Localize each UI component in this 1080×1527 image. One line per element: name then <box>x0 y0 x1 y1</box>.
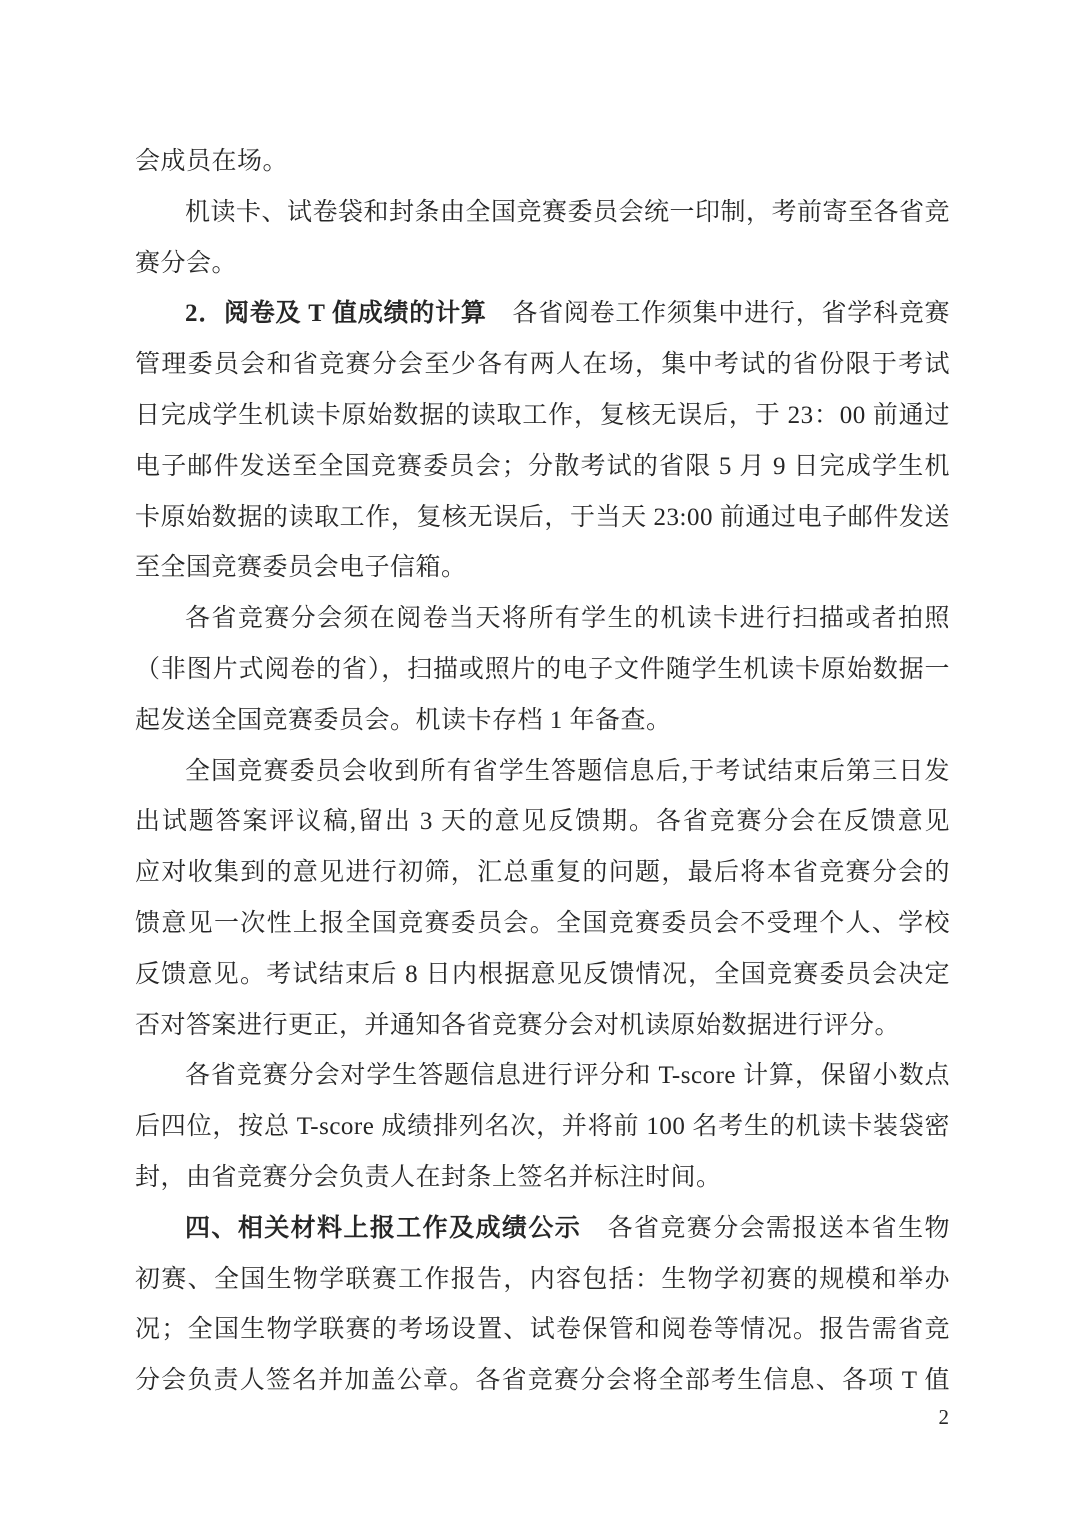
text-segment: 机读卡、试卷袋和封条由全国竞赛委员会统一印制，考前寄至各省竞 <box>185 199 950 226</box>
text-line: 2．阅卷及 T 值成绩的计算 各省阅卷工作须集中进行，省学科竞赛 <box>135 289 950 340</box>
text-segment: 况；全国生物学联赛的考场设置、试卷保管和阅卷等情况。报告需省竞赛 <box>135 1316 950 1356</box>
text-line: 各省竞赛分会须在阅卷当天将所有学生的机读卡进行扫描或者拍照 <box>135 594 950 645</box>
heading-segment: 2．阅卷及 T 值成绩的计算 <box>185 300 487 327</box>
text-line: 四、相关材料上报工作及成绩公示 各省竞赛分会需报送本省生物学 <box>135 1204 950 1255</box>
text-segment: 电子邮件发送至全国竞赛委员会；分散考试的省限 5 月 9 日完成学生机读 <box>135 453 950 493</box>
text-segment: 馈意见一次性上报全国竞赛委员会。全国竞赛委员会不受理个人、学校的 <box>135 910 950 950</box>
text-line: 后四位，按总 T-score 成绩排列名次，并将前 100 名考生的机读卡装袋密 <box>135 1102 950 1153</box>
page-number: 2 <box>939 1403 950 1431</box>
text-line: 出试题答案评议稿,留出 3 天的意见反馈期。各省竞赛分会在反馈意见时， <box>135 797 950 848</box>
text-line: 卡原始数据的读取工作，复核无误后，于当天 23:00 前通过电子邮件发送 <box>135 493 950 544</box>
text-segment: 反馈意见。考试结束后 8 日内根据意见反馈情况，全国竞赛委员会决定是 <box>135 961 950 1001</box>
text-segment: 全国竞赛委员会收到所有省学生答题信息后,于考试结束后第三日发 <box>185 758 950 785</box>
text-segment: 出试题答案评议稿,留出 3 天的意见反馈期。各省竞赛分会在反馈意见时， <box>135 808 950 848</box>
text-line: 会成员在场。 <box>135 137 950 188</box>
text-segment: 各省竞赛分会须在阅卷当天将所有学生的机读卡进行扫描或者拍照 <box>185 605 950 632</box>
text-segment: 起发送全国竞赛委员会。机读卡存档 1 年备查。 <box>135 707 672 734</box>
text-segment: 卡原始数据的读取工作，复核无误后，于当天 23:00 前通过电子邮件发送 <box>135 504 950 531</box>
text-segment: 后四位，按总 T-score 成绩排列名次，并将前 100 名考生的机读卡装袋密 <box>135 1113 950 1140</box>
heading-segment: 四、相关材料上报工作及成绩公示 <box>185 1215 581 1242</box>
text-line: 全国竞赛委员会收到所有省学生答题信息后,于考试结束后第三日发 <box>135 747 950 798</box>
text-line: 赛分会。 <box>135 239 950 290</box>
text-line: 应对收集到的意见进行初筛，汇总重复的问题，最后将本省竞赛分会的反 <box>135 848 950 899</box>
text-segment: 应对收集到的意见进行初筛，汇总重复的问题，最后将本省竞赛分会的反 <box>135 859 950 899</box>
text-segment: 初赛、全国生物学联赛工作报告，内容包括：生物学初赛的规模和举办情 <box>135 1266 950 1306</box>
text-segment: 各省竞赛分会对学生答题信息进行评分和 T-score 计算，保留小数点 <box>185 1062 950 1089</box>
text-line: 初赛、全国生物学联赛工作报告，内容包括：生物学初赛的规模和举办情 <box>135 1255 950 1306</box>
text-segment: （非图片式阅卷的省），扫描或照片的电子文件随学生机读卡原始数据一 <box>135 656 950 683</box>
text-line: 否对答案进行更正，并通知各省竞赛分会对机读原始数据进行评分。 <box>135 1001 950 1052</box>
text-line: 反馈意见。考试结束后 8 日内根据意见反馈情况，全国竞赛委员会决定是 <box>135 950 950 1001</box>
text-line: 管理委员会和省竞赛分会至少各有两人在场，集中考试的省份限于考试当 <box>135 340 950 391</box>
text-segment: 日完成学生机读卡原始数据的读取工作，复核无误后，于 23：00 前通过 <box>135 402 950 429</box>
document-body: 会成员在场。机读卡、试卷袋和封条由全国竞赛委员会统一印制，考前寄至各省竞赛分会。… <box>135 137 950 1407</box>
text-line: 馈意见一次性上报全国竞赛委员会。全国竞赛委员会不受理个人、学校的 <box>135 899 950 950</box>
text-line: 分会负责人签名并加盖公章。各省竞赛分会将全部考生信息、各项 T 值的 <box>135 1356 950 1407</box>
text-line: 日完成学生机读卡原始数据的读取工作，复核无误后，于 23：00 前通过 <box>135 391 950 442</box>
text-line: 各省竞赛分会对学生答题信息进行评分和 T-score 计算，保留小数点 <box>135 1051 950 1102</box>
text-segment: 否对答案进行更正，并通知各省竞赛分会对机读原始数据进行评分。 <box>135 1012 900 1039</box>
document-page: 会成员在场。机读卡、试卷袋和封条由全国竞赛委员会统一印制，考前寄至各省竞赛分会。… <box>0 0 1080 1527</box>
text-line: 电子邮件发送至全国竞赛委员会；分散考试的省限 5 月 9 日完成学生机读 <box>135 442 950 493</box>
text-line: 至全国竞赛委员会电子信箱。 <box>135 543 950 594</box>
text-line: 起发送全国竞赛委员会。机读卡存档 1 年备查。 <box>135 696 950 747</box>
text-segment: 各省阅卷工作须集中进行，省学科竞赛 <box>487 300 950 327</box>
text-segment: 封，由省竞赛分会负责人在封条上签名并标注时间。 <box>135 1164 722 1191</box>
text-segment: 赛分会。 <box>135 250 237 277</box>
text-segment: 分会负责人签名并加盖公章。各省竞赛分会将全部考生信息、各项 T 值的 <box>135 1367 950 1407</box>
text-line: （非图片式阅卷的省），扫描或照片的电子文件随学生机读卡原始数据一 <box>135 645 950 696</box>
text-line: 机读卡、试卷袋和封条由全国竞赛委员会统一印制，考前寄至各省竞 <box>135 188 950 239</box>
text-line: 封，由省竞赛分会负责人在封条上签名并标注时间。 <box>135 1153 950 1204</box>
text-segment: 至全国竞赛委员会电子信箱。 <box>135 554 467 581</box>
text-segment: 管理委员会和省竞赛分会至少各有两人在场，集中考试的省份限于考试当 <box>135 351 950 391</box>
text-segment: 会成员在场。 <box>135 148 288 175</box>
text-line: 况；全国生物学联赛的考场设置、试卷保管和阅卷等情况。报告需省竞赛 <box>135 1305 950 1356</box>
